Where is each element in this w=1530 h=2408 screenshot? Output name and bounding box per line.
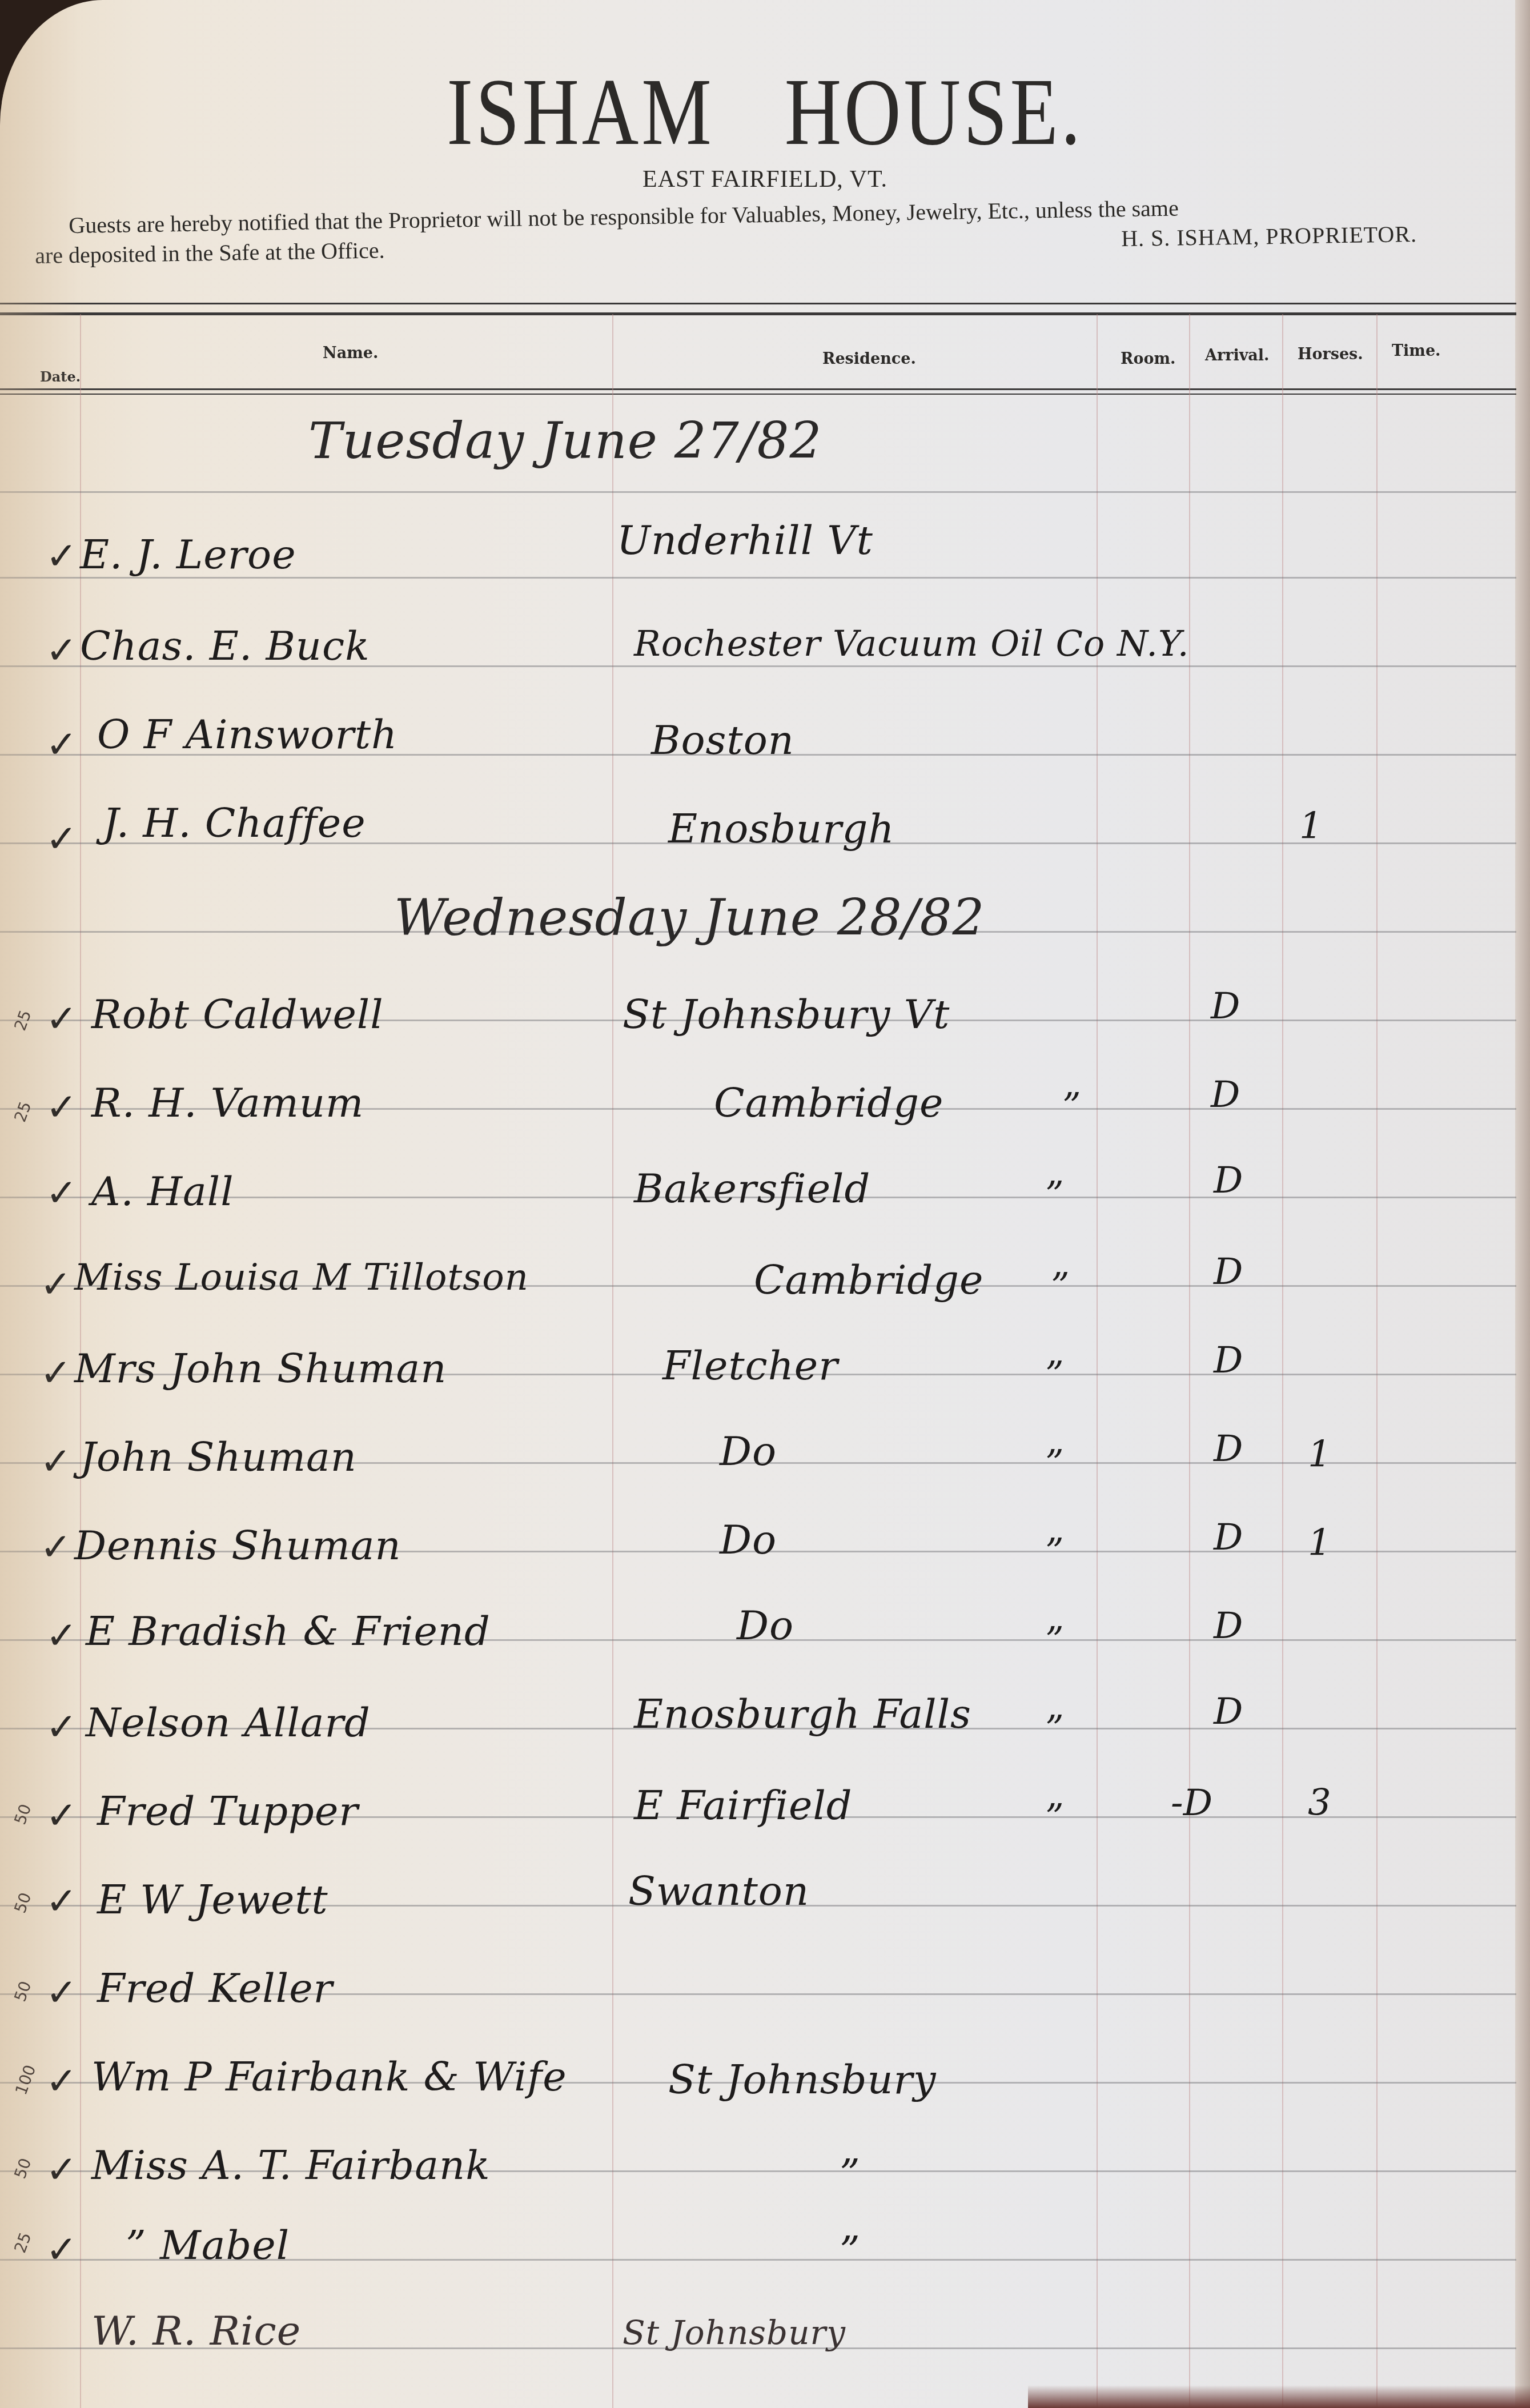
checkmark-icon: ✓: [46, 1614, 77, 1657]
title-word-2: HOUSE.: [785, 59, 1083, 165]
col-time: Time.: [1392, 342, 1441, 360]
checkmark-icon: ✓: [46, 1879, 77, 1923]
guest-name: O F Ainsworth: [97, 711, 397, 758]
checkmark-icon: ✓: [46, 2148, 77, 2192]
checkmark-icon: ✓: [40, 1439, 71, 1483]
guest-name: E Bradish & Friend: [86, 1608, 491, 1655]
guest-residence: Cambridge: [714, 1079, 943, 1126]
page-bottom-edge: [1028, 2385, 1530, 2408]
horses-count: 1: [1299, 805, 1323, 848]
checkmark-icon: ✓: [46, 1793, 77, 1837]
guest-name: Robt Caldwell: [91, 991, 384, 1038]
notice: Guests are hereby notified that the Prop…: [34, 188, 1485, 271]
arrival-mark: D: [1214, 1251, 1243, 1293]
register-page: ISHAMHOUSE. EAST FAIRFIELD, VT. Guests a…: [0, 0, 1530, 2408]
ditto-mark: ”: [1045, 1174, 1064, 1216]
ditto-mark: ”: [1045, 1354, 1064, 1396]
checkmark-icon: ✓: [40, 1262, 71, 1306]
page-edge: [1515, 0, 1530, 2408]
col-arrival: Arrival.: [1205, 347, 1270, 364]
horses-count: 1: [1308, 1434, 1331, 1476]
guest-name: Fred Tupper: [97, 1788, 359, 1835]
guest-residence: Boston: [651, 717, 794, 764]
guest-residence: ”: [840, 2150, 861, 2197]
guest-name: Mrs John Shuman: [74, 1345, 447, 1392]
checkmark-icon: ✓: [46, 817, 77, 861]
guest-residence: St Johnsbury: [623, 2313, 846, 2352]
guest-residence: Do: [720, 1516, 777, 1563]
arrival-mark: D: [1211, 1074, 1240, 1116]
horses-count: 1: [1308, 1522, 1331, 1564]
guest-residence: Rochester Vacuum Oil Co N.Y.: [634, 623, 1190, 664]
arrival-mark: D: [1211, 985, 1240, 1028]
guest-name: W. R. Rice: [91, 2307, 301, 2354]
ditto-mark: ”: [1045, 1531, 1064, 1573]
guest-name: ” Mabel: [126, 2222, 290, 2269]
checkmark-icon: ✓: [46, 997, 77, 1041]
register-grid: [0, 400, 1516, 2408]
day-header: Tuesday June 27/82: [308, 411, 822, 470]
checkmark-icon: ✓: [40, 1351, 71, 1395]
day-header: Wednesday June 28/82: [394, 888, 985, 947]
header-rule-top: [0, 303, 1516, 315]
guest-residence: Cambridge: [754, 1257, 983, 1303]
column-headers: Date. Name. Residence. Room. Arrival. Ho…: [0, 328, 1516, 391]
guest-residence: Do: [737, 1602, 794, 1649]
guest-name: A. Hall: [91, 1168, 234, 1215]
guest-name: Fred Keller: [97, 1965, 333, 2012]
ditto-mark: ”: [1045, 1442, 1064, 1484]
col-room: Room.: [1121, 350, 1175, 368]
guest-residence: Bakersfield: [634, 1165, 870, 1212]
ditto-mark: ”: [1045, 1708, 1064, 1750]
guest-name: R. H. Vamum: [91, 1079, 364, 1126]
title-word-1: ISHAM: [447, 59, 714, 165]
guest-residence: E Fairfield: [634, 1782, 853, 1829]
col-name: Name.: [323, 344, 378, 362]
guest-residence: Enosburgh Falls: [634, 1691, 971, 1737]
ditto-mark: ”: [1051, 1265, 1070, 1307]
checkmark-icon: ✓: [46, 628, 77, 672]
horses-count: 3: [1308, 1782, 1331, 1824]
col-date: Date.: [40, 368, 81, 385]
guest-name: E W Jewett: [97, 1876, 328, 1923]
guest-residence: Swanton: [628, 1868, 809, 1915]
location-line: EAST FAIRFIELD, VT.: [0, 166, 1530, 193]
guest-name: E. J. Leroe: [80, 531, 296, 578]
checkmark-icon: ✓: [46, 723, 77, 766]
guest-name: Dennis Shuman: [74, 1522, 401, 1569]
guest-name: Wm P Fairbank & Wife: [91, 2053, 567, 2100]
guest-residence: Fletcher: [662, 1342, 838, 1389]
checkmark-icon: ✓: [46, 1085, 77, 1129]
arrival-mark: D: [1214, 1428, 1243, 1470]
guest-name: Miss A. T. Fairbank: [91, 2142, 491, 2189]
guest-residence: Do: [720, 1428, 777, 1475]
arrival-mark: D: [1214, 1516, 1243, 1559]
checkmark-icon: ✓: [40, 1525, 71, 1569]
guest-name: Miss Louisa M Tillotson: [74, 1257, 529, 1299]
ditto-mark: ”: [1045, 1619, 1064, 1661]
arrival-mark: -D: [1171, 1782, 1212, 1824]
checkmark-icon: ✓: [46, 1171, 77, 1215]
ditto-mark: ”: [1062, 1085, 1081, 1127]
checkmark-icon: ✓: [46, 2059, 77, 2103]
divider-arrival: [1282, 314, 1283, 2408]
guest-residence: Underhill Vt: [617, 517, 873, 564]
page-title: ISHAMHOUSE.: [138, 57, 1392, 167]
arrival-mark: D: [1214, 1159, 1243, 1202]
col-residence: Residence.: [822, 350, 916, 368]
ditto-mark: ”: [1045, 1796, 1064, 1839]
arrival-mark: D: [1214, 1605, 1243, 1647]
row-line: [0, 491, 1516, 493]
guest-name: John Shuman: [80, 1434, 357, 1480]
col-horses: Horses.: [1298, 346, 1363, 363]
checkmark-icon: ✓: [46, 1705, 77, 1749]
checkmark-icon: ✓: [46, 1970, 77, 2014]
proprietor-signature: H. S. ISHAM, PROPRIETOR.: [1121, 219, 1417, 254]
checkmark-icon: ✓: [46, 534, 77, 578]
arrival-mark: D: [1214, 1339, 1243, 1382]
divider-horses: [1376, 314, 1378, 2408]
guest-name: Chas. E. Buck: [80, 623, 370, 669]
guest-residence: St Johnsbury Vt: [623, 991, 950, 1038]
notice-line-2: are deposited in the Safe at the Office.: [35, 235, 385, 271]
guest-residence: St Johnsbury: [668, 2056, 937, 2103]
guest-residence: ”: [840, 2228, 861, 2274]
guest-name: Nelson Allard: [86, 1699, 371, 1746]
header-rule-bottom: [0, 388, 1516, 395]
guest-name: J. H. Chaffee: [103, 800, 366, 846]
checkmark-icon: ✓: [46, 2228, 77, 2271]
arrival-mark: D: [1214, 1691, 1243, 1733]
guest-residence: Enosburgh: [668, 805, 895, 852]
divider-name: [612, 314, 613, 2408]
